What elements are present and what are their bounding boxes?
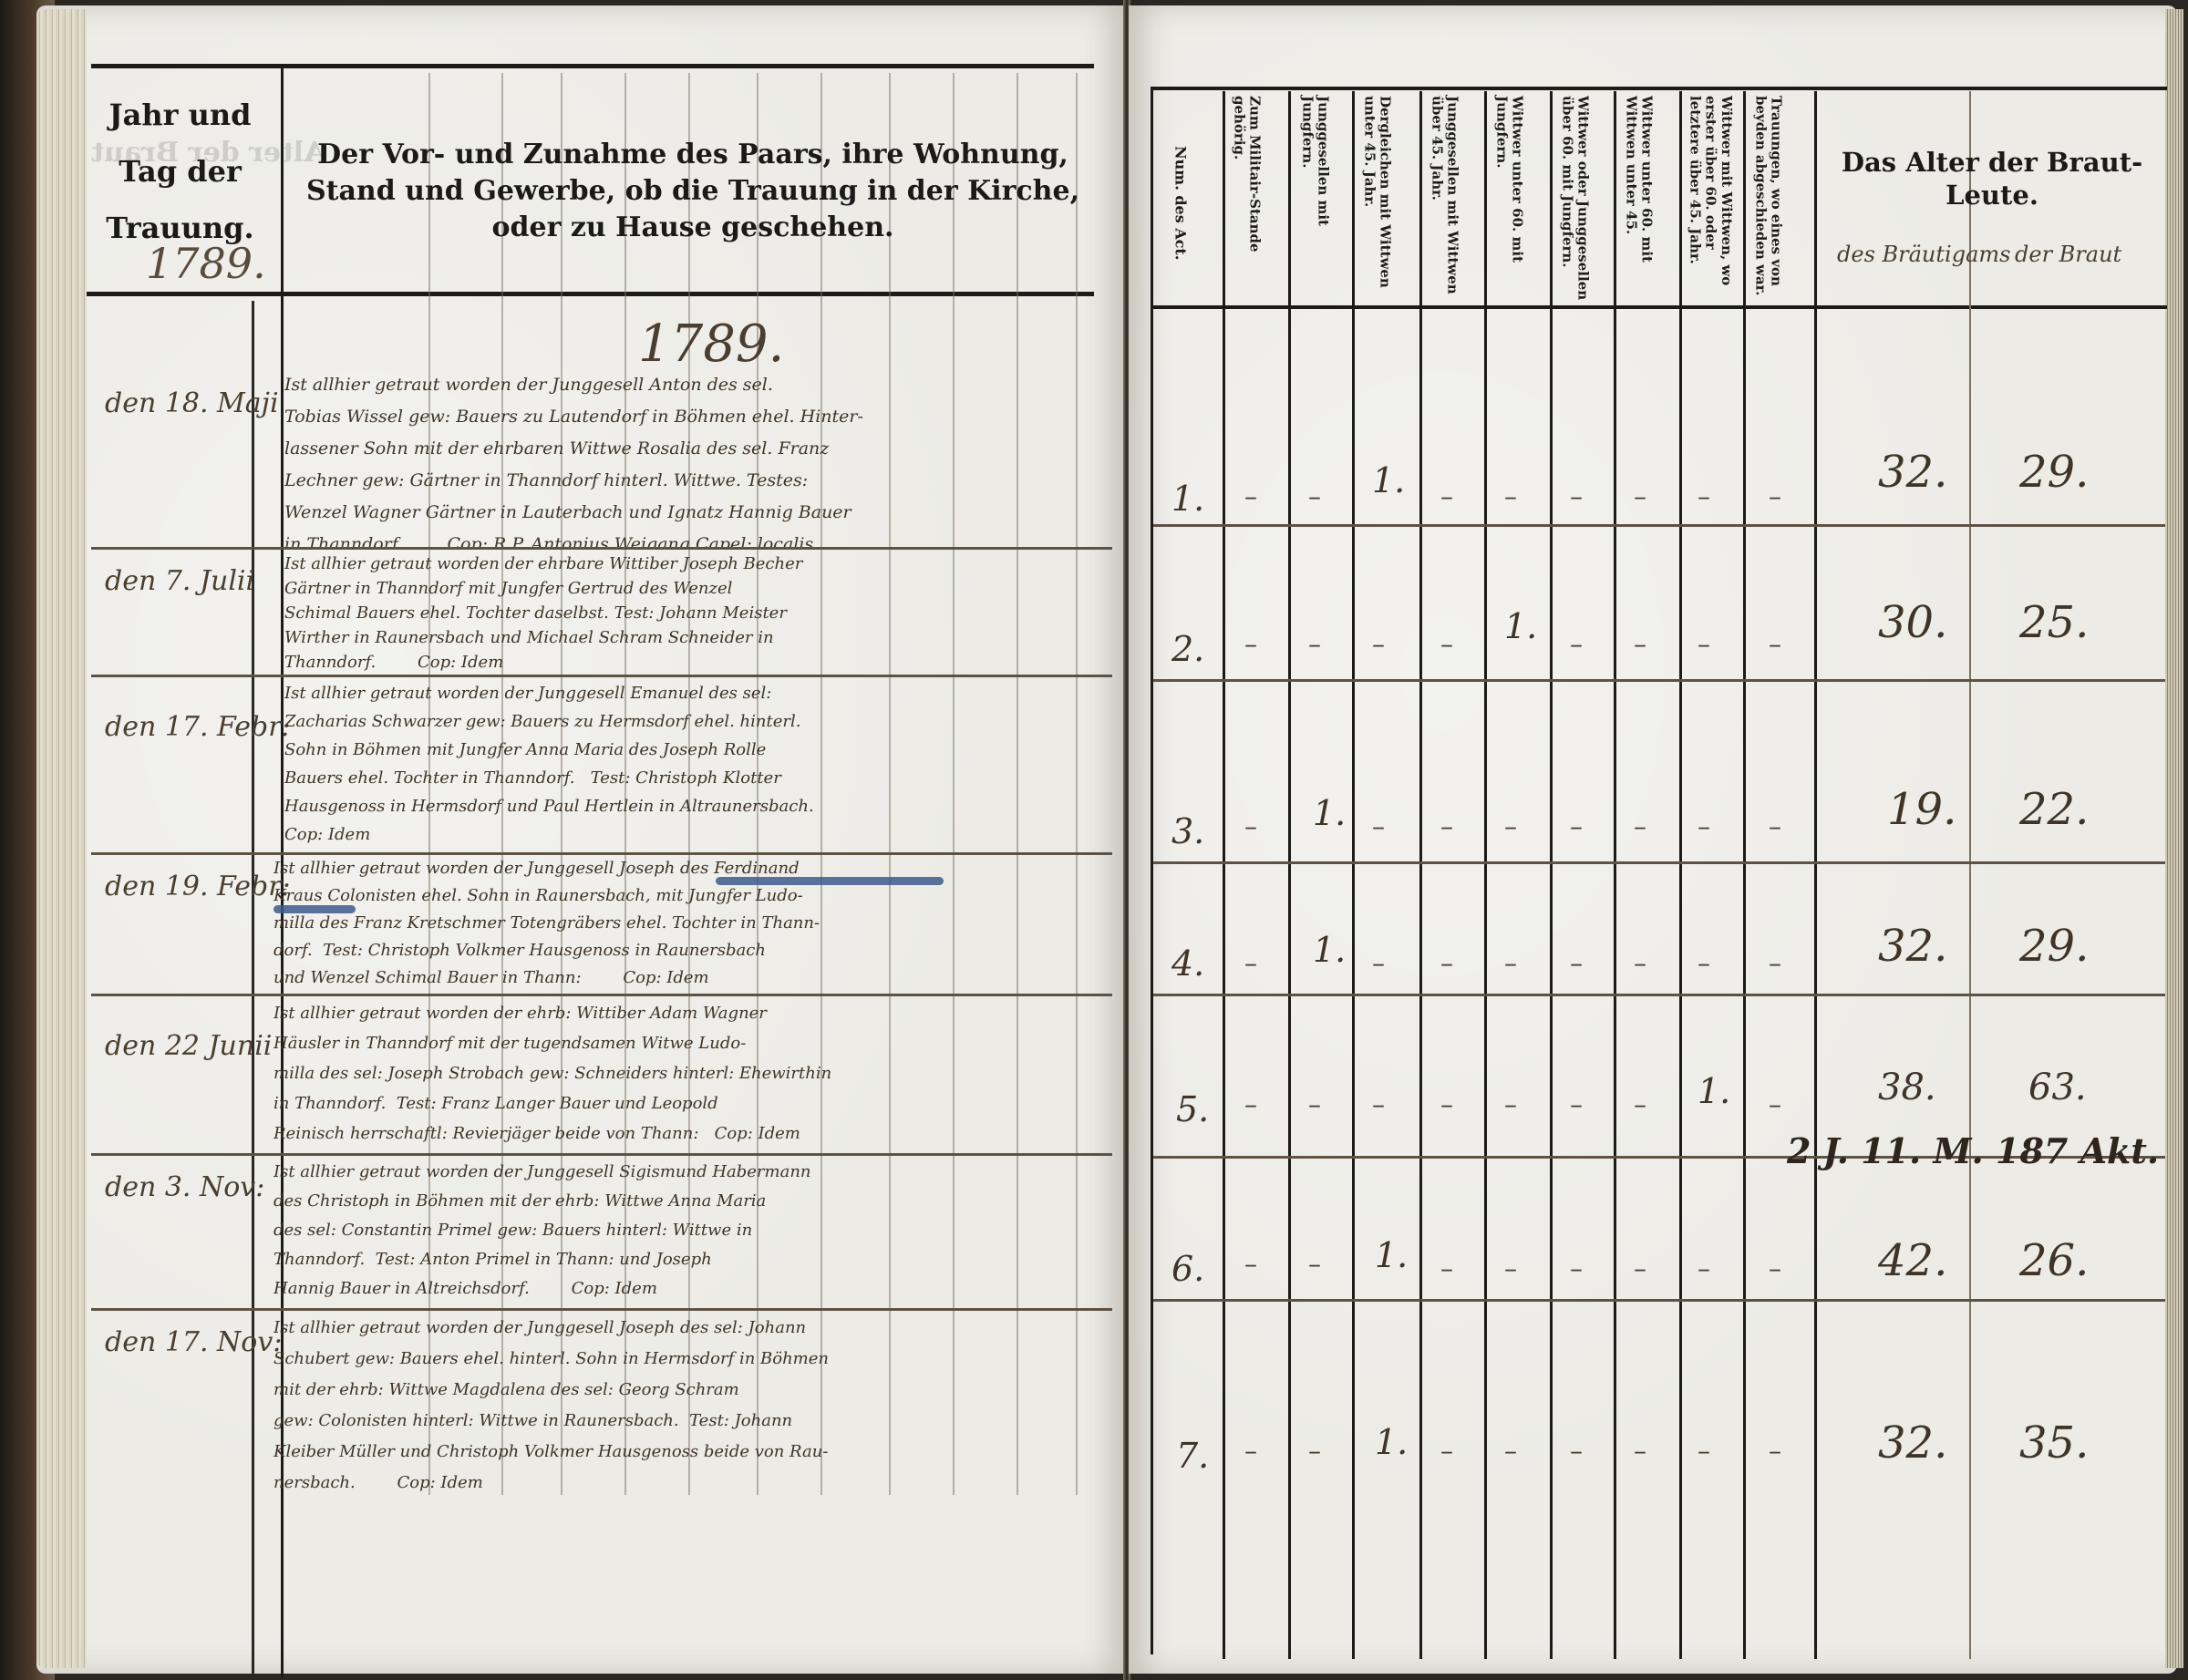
cell: – <box>1634 629 1646 659</box>
cell: – <box>1570 1253 1583 1283</box>
cell: – <box>1308 1089 1321 1119</box>
cell: – <box>1308 1249 1321 1279</box>
entry-date: den 3. Nov: <box>105 1171 264 1203</box>
entry-separator <box>91 1153 1112 1156</box>
header-bachelor-maiden: Junggesellen mit Jungfern. <box>1299 96 1331 301</box>
header-widower-widow-over: Wittwer mit Wittwen, wo erster über 60. … <box>1687 96 1734 301</box>
entry-separator <box>91 547 1112 550</box>
page-edges-right <box>2165 9 2183 1668</box>
table-left-border <box>1151 87 1153 1654</box>
column-rule <box>1743 91 1746 1659</box>
entry-separator <box>91 1308 1112 1311</box>
cell: – <box>1698 948 1710 978</box>
cell: – <box>1372 811 1385 841</box>
entry-date: den 22 Junii <box>105 1030 272 1062</box>
cell: – <box>1504 948 1517 978</box>
blue-pencil-underline <box>716 877 944 885</box>
cell: – <box>1769 811 1781 841</box>
cell: 1. <box>1372 460 1405 500</box>
cell: – <box>1308 629 1321 659</box>
cell: – <box>1570 481 1583 511</box>
groom-age: 30. <box>1878 597 1947 648</box>
header-divorced: Trauungen, wo eines von beyden abgeschie… <box>1752 96 1784 301</box>
cell: – <box>1504 1253 1517 1283</box>
column-rule <box>1484 91 1487 1659</box>
entry-date: den 17. Febr: <box>105 711 291 743</box>
entry-text: Ist allhier getraut worden der Junggesel… <box>273 855 1108 992</box>
cell: – <box>1769 1253 1781 1283</box>
act-number: 5. <box>1176 1089 1209 1129</box>
correction-note: 2 J. 11. M. 187 Akt. <box>1787 1130 2159 1171</box>
header-top-rule <box>1151 87 2167 90</box>
row-separator <box>1153 524 2165 527</box>
act-number: 6. <box>1171 1249 1204 1289</box>
entry-date: den 7. Julii <box>105 565 254 597</box>
column-rule <box>1614 91 1616 1659</box>
column-rule <box>1352 91 1355 1659</box>
bride-age: 29. <box>2019 921 2089 972</box>
header-widower-over60-maiden: Wittwer oder Junggesellen über 60. mit J… <box>1559 96 1591 301</box>
cell: – <box>1440 1436 1453 1466</box>
cell: – <box>1440 629 1453 659</box>
cell: – <box>1504 811 1517 841</box>
bride-age: 22. <box>2019 784 2089 835</box>
groom-age: 32. <box>1878 447 1947 498</box>
cell: – <box>1440 1089 1453 1119</box>
cell: – <box>1698 1436 1710 1466</box>
entry-text: Ist allhier getraut worden der Junggesel… <box>273 1158 1108 1308</box>
cell: – <box>1634 811 1646 841</box>
age-header: Das Alter der Braut-Leute. <box>1832 146 2152 211</box>
cell: – <box>1440 1253 1453 1283</box>
entry-date: den 19. Febr: <box>105 871 291 902</box>
column-rule <box>1679 91 1682 1659</box>
act-number: 7. <box>1176 1436 1209 1476</box>
cell: – <box>1769 1436 1781 1466</box>
entry-date: den 18. Maji <box>105 387 279 419</box>
entry-text: Ist allhier getraut worden der Junggesel… <box>273 1313 1108 1509</box>
bride-age: 29. <box>2019 447 2089 498</box>
act-number: 1. <box>1171 479 1204 519</box>
blue-pencil-underline <box>273 905 356 913</box>
cell: – <box>1769 948 1781 978</box>
age-column-divider <box>1969 91 1971 1659</box>
header-bottom-rule <box>87 292 1094 296</box>
cell: – <box>1440 811 1453 841</box>
cell: – <box>1634 948 1646 978</box>
cell: 1. <box>1375 1235 1408 1275</box>
cell: – <box>1440 481 1453 511</box>
groom-age: 38. <box>1878 1067 1936 1108</box>
entry-text: Ist allhier getraut worden der Junggesel… <box>284 679 1109 852</box>
page-edges-left <box>36 9 87 1668</box>
cell: – <box>1504 1436 1517 1466</box>
cell: – <box>1440 948 1453 978</box>
section-year: 1789. <box>638 314 784 374</box>
cell: – <box>1570 629 1583 659</box>
cell: 1. <box>1313 930 1346 970</box>
cell: – <box>1698 629 1710 659</box>
age-bride-label: der Braut <box>2015 242 2121 267</box>
cell: – <box>1570 948 1583 978</box>
cell: – <box>1634 1253 1646 1283</box>
bride-age: 35. <box>2019 1417 2089 1469</box>
header-bachelor-widow-over45: Junggesellen mit Wittwen über 45. Jahr. <box>1429 96 1460 301</box>
cell: 1. <box>1698 1071 1730 1111</box>
cell: – <box>1769 1089 1781 1119</box>
cell: – <box>1504 481 1517 511</box>
row-separator <box>1153 861 2165 864</box>
header-top-rule <box>91 64 1094 68</box>
row-separator <box>1153 679 2165 682</box>
header-military: Zum Militair-Stande gehörig. <box>1231 96 1263 301</box>
cell: – <box>1634 481 1646 511</box>
column-rule <box>1223 91 1225 1659</box>
cell: – <box>1308 481 1321 511</box>
couple-column-header: Der Vor- und Zunahme des Paars, ihre Woh… <box>296 137 1089 246</box>
cell: 1. <box>1375 1422 1408 1462</box>
column-rule <box>1419 91 1422 1659</box>
entry-text: Ist allhier getraut worden der Junggesel… <box>284 369 1109 547</box>
cell: – <box>1570 811 1583 841</box>
cell: – <box>1244 481 1257 511</box>
row-separator <box>1153 1299 2165 1302</box>
header-year: 1789. <box>146 239 266 288</box>
row-separator <box>1153 994 2165 996</box>
cell: – <box>1769 481 1781 511</box>
groom-age: 32. <box>1878 921 1947 972</box>
entry-date: den 17. Nov: <box>105 1326 282 1358</box>
header-num-act: Num. des Act. <box>1171 146 1188 301</box>
cell: – <box>1372 948 1385 978</box>
act-number: 2. <box>1171 629 1204 669</box>
groom-age: 42. <box>1878 1235 1947 1286</box>
cell: – <box>1634 1089 1646 1119</box>
column-rule <box>1550 91 1553 1659</box>
cell: – <box>1372 1089 1385 1119</box>
act-number: 3. <box>1171 811 1204 851</box>
cell: – <box>1244 1436 1257 1466</box>
bride-age: 25. <box>2019 597 2089 648</box>
act-number: 4. <box>1171 943 1204 984</box>
cell: – <box>1698 811 1710 841</box>
cell: – <box>1244 1249 1257 1279</box>
cell: – <box>1769 629 1781 659</box>
cell: – <box>1634 1436 1646 1466</box>
cell: – <box>1504 1089 1517 1119</box>
header-bachelor-widow-under45: Dergleichen mit Wittwen unter 45. Jahr. <box>1361 96 1393 301</box>
cell: – <box>1570 1436 1583 1466</box>
date-column-header: Jahr und Tag der Trauung. <box>82 87 278 256</box>
header-bottom-rule <box>1151 305 2167 309</box>
cell: 1. <box>1504 606 1537 646</box>
groom-age: 19. <box>1887 784 1956 835</box>
cell: – <box>1244 811 1257 841</box>
entry-separator <box>91 994 1112 996</box>
cell: – <box>1698 481 1710 511</box>
header-widower-under60-widow-under45: Wittwer unter 60. mit Wittwen unter 45. <box>1623 96 1655 301</box>
cell: 1. <box>1313 793 1346 833</box>
cell: – <box>1308 1436 1321 1466</box>
cell: – <box>1372 629 1385 659</box>
bride-age: 63. <box>2028 1067 2087 1108</box>
cell: – <box>1244 948 1257 978</box>
entry-text: Ist allhier getraut worden der ehrbare W… <box>284 551 1109 675</box>
bride-age: 26. <box>2019 1235 2089 1286</box>
groom-age: 32. <box>1878 1417 1947 1469</box>
cell: – <box>1244 1089 1257 1119</box>
column-rule <box>1814 91 1817 1659</box>
age-groom-label: des Bräutigams <box>1837 242 2010 267</box>
entry-separator <box>91 675 1112 677</box>
date-column-divider-lower <box>252 301 254 1677</box>
entry-text: Ist allhier getraut worden der ehrb: Wit… <box>273 998 1108 1153</box>
column-rule <box>1288 91 1291 1659</box>
cell: – <box>1698 1253 1710 1283</box>
header-widower-under60-maiden: Wittwer unter 60. mit Jungfern. <box>1493 96 1525 301</box>
cell: – <box>1570 1089 1583 1119</box>
cell: – <box>1244 629 1257 659</box>
